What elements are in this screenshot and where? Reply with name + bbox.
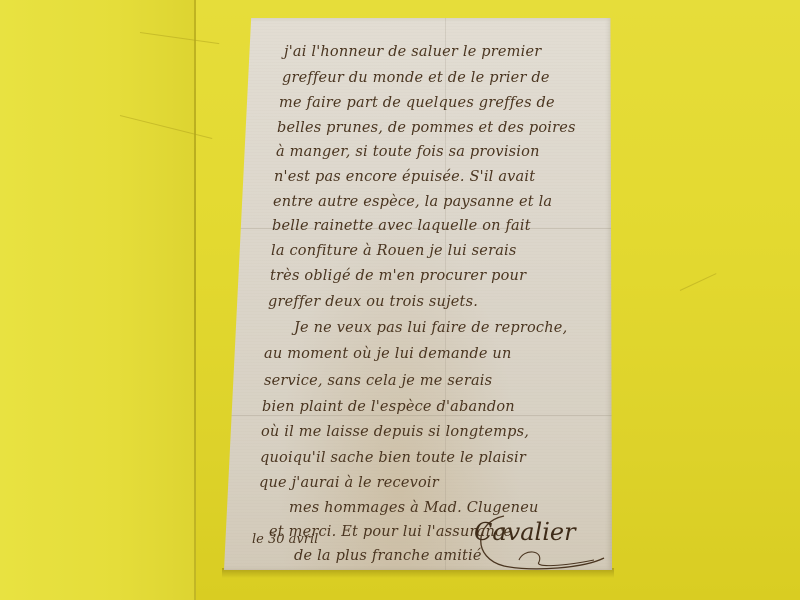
letter-line: très obligé de m'en procurer pour — [270, 268, 526, 284]
letter-line: entre autre espèce, la paysanne et la — [273, 194, 552, 210]
letter-paper: j'ai l'honneur de saluer le premier gref… — [224, 18, 612, 570]
letter-date: le 30 avril — [252, 532, 318, 547]
letter-line: n'est pas encore épuisée. S'il avait — [274, 169, 535, 185]
letter-line: service, sans cela je me serais — [264, 373, 492, 389]
backing-crease — [680, 273, 717, 291]
letter-line: au moment où je lui demande un — [264, 346, 512, 362]
letter-signature: Cavalier — [474, 518, 576, 546]
letter-line: quoiqu'il sache bien toute le plaisir — [260, 450, 526, 466]
letter-line: j'ai l'honneur de saluer le premier — [284, 44, 541, 60]
letter-line: à manger, si toute fois sa provision — [276, 144, 540, 160]
letter-line: bien plaint de l'espèce d'abandon — [262, 399, 515, 415]
backing-fold-line — [194, 0, 196, 600]
letter-line: que j'aurai à le recevoir — [259, 475, 439, 491]
letter-line: greffeur du monde et de le prier de — [282, 70, 550, 86]
letter-line: Je ne veux pas lui faire de reproche, — [294, 320, 567, 336]
letter-body: j'ai l'honneur de saluer le premier gref… — [224, 18, 612, 570]
letter-line: de la plus franche amitié — [294, 548, 482, 564]
letter-line: belle rainette avec laquelle on fait — [272, 218, 531, 234]
yellow-backing-left-panel — [0, 0, 196, 600]
letter-line: où il me laisse depuis si longtemps, — [261, 424, 529, 440]
letter-line: belles prunes, de pommes et des poires — [277, 120, 576, 136]
letter-line: greffer deux ou trois sujets. — [268, 294, 478, 310]
letter-line: la confiture à Rouen je lui serais — [271, 243, 517, 259]
letter-line: me faire part de quelques greffes de — [279, 95, 555, 111]
